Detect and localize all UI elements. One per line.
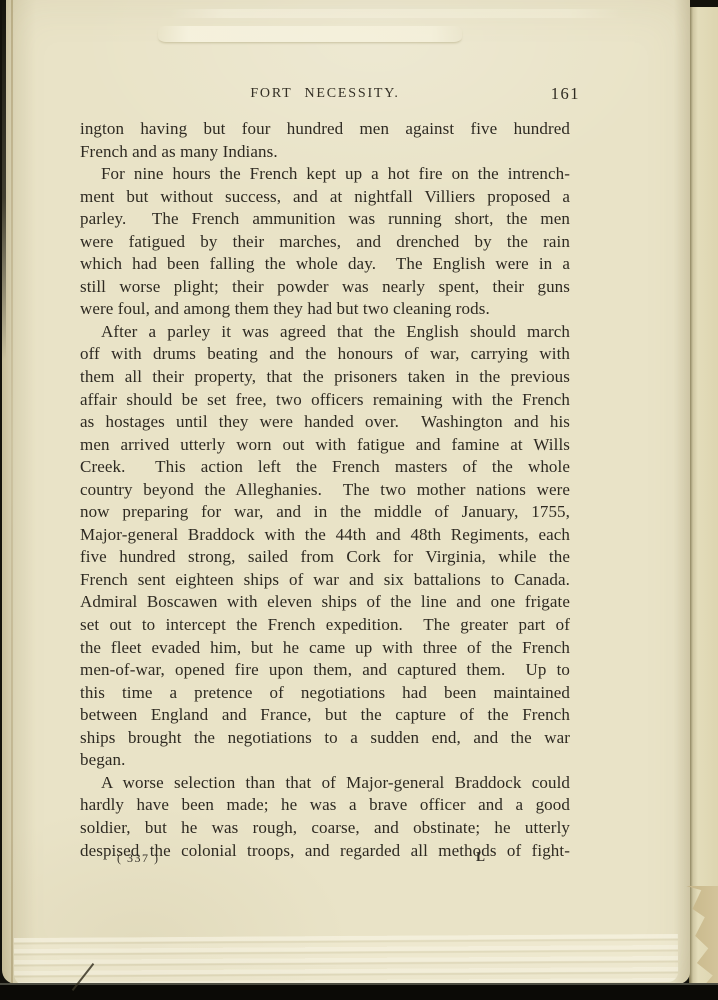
page-header: FORT NECESSITY. 161: [80, 84, 570, 104]
book-page: FORT NECESSITY. 161 ington having but fo…: [2, 0, 690, 984]
text-line: men-of-war, opened fire upon them, and c…: [80, 659, 570, 682]
text-line: Creek. This action left the French maste…: [80, 456, 570, 479]
text-line: which had been falling the whole day. Th…: [80, 253, 570, 276]
text-line: ment but without success, and at nightfa…: [80, 186, 570, 209]
scan-background-band: [0, 983, 718, 1000]
text-line: them all their property, that the prison…: [80, 366, 570, 389]
text-line: began.: [80, 749, 570, 772]
text-line: affair should be set free, two officers …: [80, 389, 570, 412]
text-line: French and as many Indians.: [80, 141, 570, 164]
text-line: five hundred strong, sailed from Cork fo…: [80, 546, 570, 569]
text-line: Admiral Boscawen with eleven ships of th…: [80, 591, 570, 614]
text-line: parley. The French ammunition was runnin…: [80, 208, 570, 231]
text-line: A worse selection than that of Major-gen…: [80, 772, 570, 795]
signature-mark: L: [476, 849, 486, 865]
page-number: 161: [551, 84, 580, 104]
text-line: as hostages until they were handed over.…: [80, 411, 570, 434]
text-line: set out to intercept the French expediti…: [80, 614, 570, 637]
text-line: country beyond the Alleghanies. The two …: [80, 479, 570, 502]
text-line: men arrived utterly worn out with fatigu…: [80, 434, 570, 457]
text-line: After a parley it was agreed that the En…: [80, 321, 570, 344]
running-title: FORT NECESSITY.: [80, 86, 570, 102]
text-line: ships brought the negotiations to a sudd…: [80, 727, 570, 750]
text-line: now preparing for war, and in the middle…: [80, 501, 570, 524]
text-line: soldier, but he was rough, coarse, and o…: [80, 817, 570, 840]
plate-number: ( 337 ): [117, 851, 160, 866]
book-scan: FORT NECESSITY. 161 ington having but fo…: [0, 0, 718, 1000]
text-line: ington having but four hundred men again…: [80, 118, 570, 141]
text-line: French sent eighteen ships of war and si…: [80, 569, 570, 592]
text-line: off with drums beating and the honours o…: [80, 343, 570, 366]
text-line: hardly have been made; he was a brave of…: [80, 794, 570, 817]
page-edge-stack: [14, 934, 678, 986]
paper-crease-faint: [170, 9, 622, 18]
text-line: were foul, and among them they had but t…: [80, 298, 570, 321]
text-line: this time a pretence of negotiations had…: [80, 682, 570, 705]
text-line: Major-general Braddock with the 44th and…: [80, 524, 570, 547]
text-line: were fatigued by their marches, and dren…: [80, 231, 570, 254]
text-line: still worse plight; their powder was nea…: [80, 276, 570, 299]
paper-crease: [158, 26, 462, 42]
text-line: between England and France, but the capt…: [80, 704, 570, 727]
next-page-edge: [689, 7, 718, 983]
page-footer: ( 337 ) L: [80, 849, 570, 865]
gutter-crease-line: [11, 0, 13, 984]
gutter-shadow: [2, 0, 6, 360]
text-line: For nine hours the French kept up a hot …: [80, 163, 570, 186]
text-block: ington having but four hundred men again…: [80, 118, 570, 862]
text-line: the fleet evaded him, but he came up wit…: [80, 637, 570, 660]
